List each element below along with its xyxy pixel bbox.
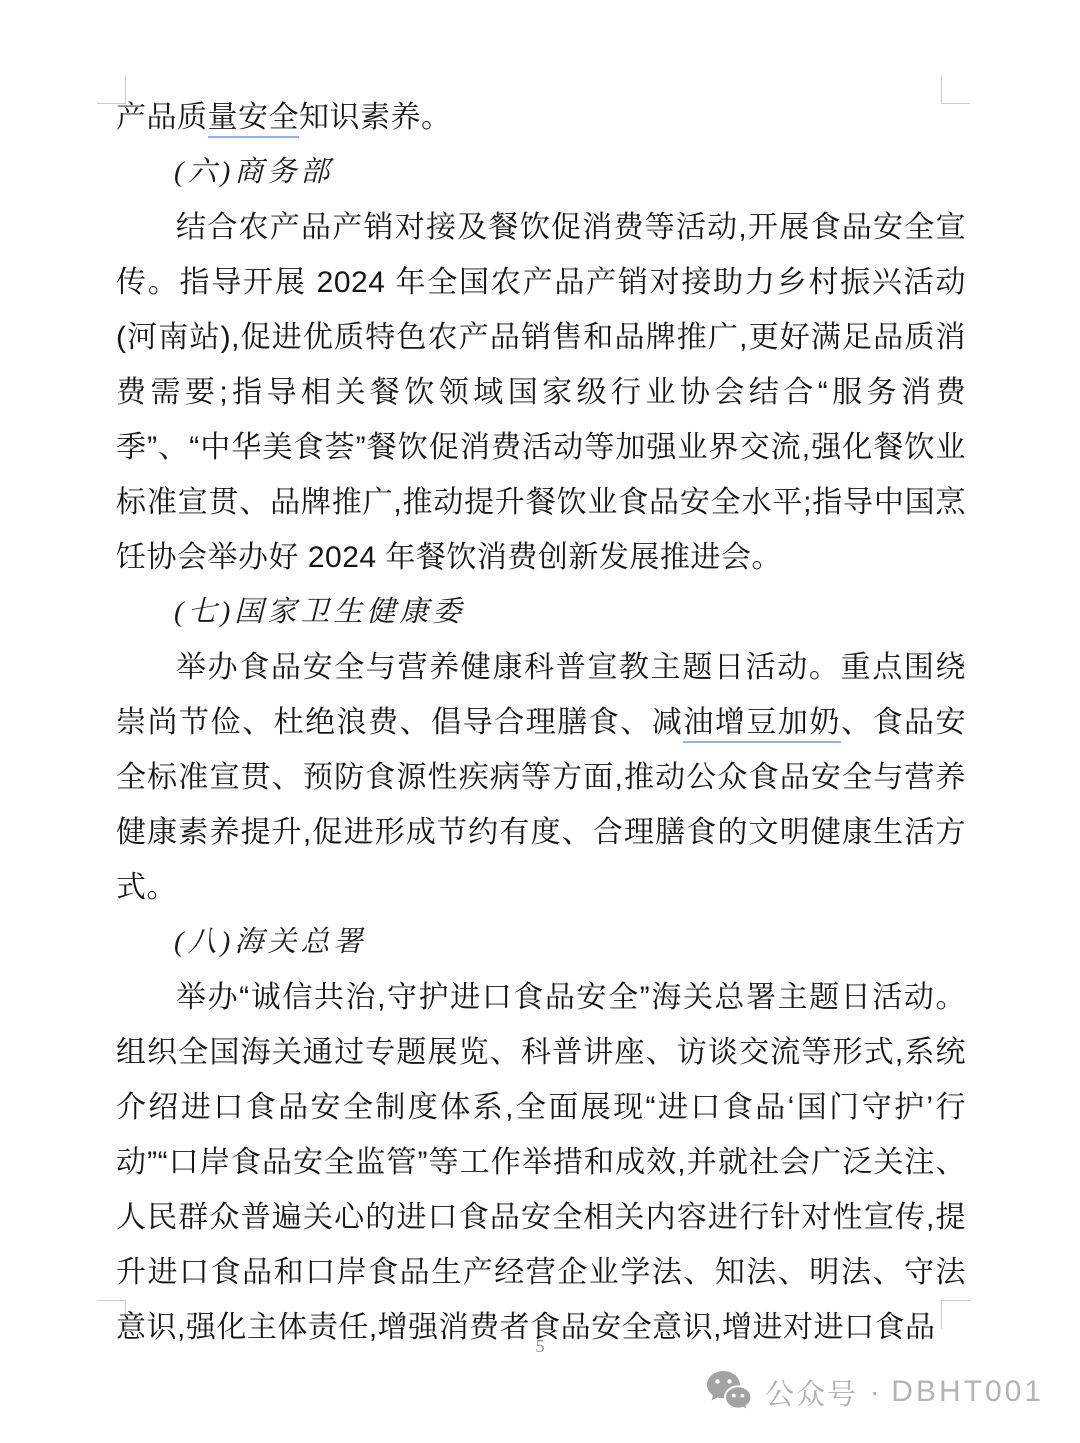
- paragraph: 举办食品安全与营养健康科普宣教主题日活动。重点围绕崇尚节俭、杜绝浪费、倡导合理膳…: [116, 640, 966, 915]
- paragraph: 产品质量安全知识素养。: [116, 90, 966, 145]
- section-heading: (六)商务部: [116, 145, 966, 200]
- paragraph: 举办“诚信共治,守护进口食品安全”海关总署主题日活动。组织全国海关通过专题展览、…: [116, 970, 966, 1355]
- grammar-underlined-text: 油增豆加奶: [683, 706, 841, 743]
- paragraph: 结合农产品产销对接及餐饮促消费等活动,开展食品安全宣传。指导开展 2024 年全…: [116, 200, 966, 585]
- text-run: 产品质: [116, 101, 208, 134]
- page-number: 5: [0, 1336, 1080, 1357]
- watermark: 公众号 · DBHT001: [705, 1370, 1044, 1414]
- text-run: 知识素养。: [299, 101, 452, 134]
- document-body: 产品质量安全知识素养。(六)商务部结合农产品产销对接及餐饮促消费等活动,开展食品…: [116, 90, 966, 1355]
- text-run: 结合农产品产销对接及餐饮促消费等活动,开展食品安全宣传。指导开展 2024 年全…: [116, 211, 966, 574]
- section-heading: (七)国家卫生健康委: [116, 585, 966, 640]
- document-page: 产品质量安全知识素养。(六)商务部结合农产品产销对接及餐饮促消费等活动,开展食品…: [0, 0, 1080, 1443]
- watermark-label: 公众号: [765, 1372, 858, 1413]
- watermark-separator: ·: [870, 1376, 879, 1408]
- grammar-underlined-text: 量安全: [208, 101, 300, 138]
- watermark-account: DBHT001: [891, 1375, 1044, 1409]
- wechat-icon: [705, 1370, 753, 1414]
- text-run: 举办“诚信共治,守护进口食品安全”海关总署主题日活动。组织全国海关通过专题展览、…: [116, 981, 966, 1344]
- section-heading: (八)海关总署: [116, 915, 966, 970]
